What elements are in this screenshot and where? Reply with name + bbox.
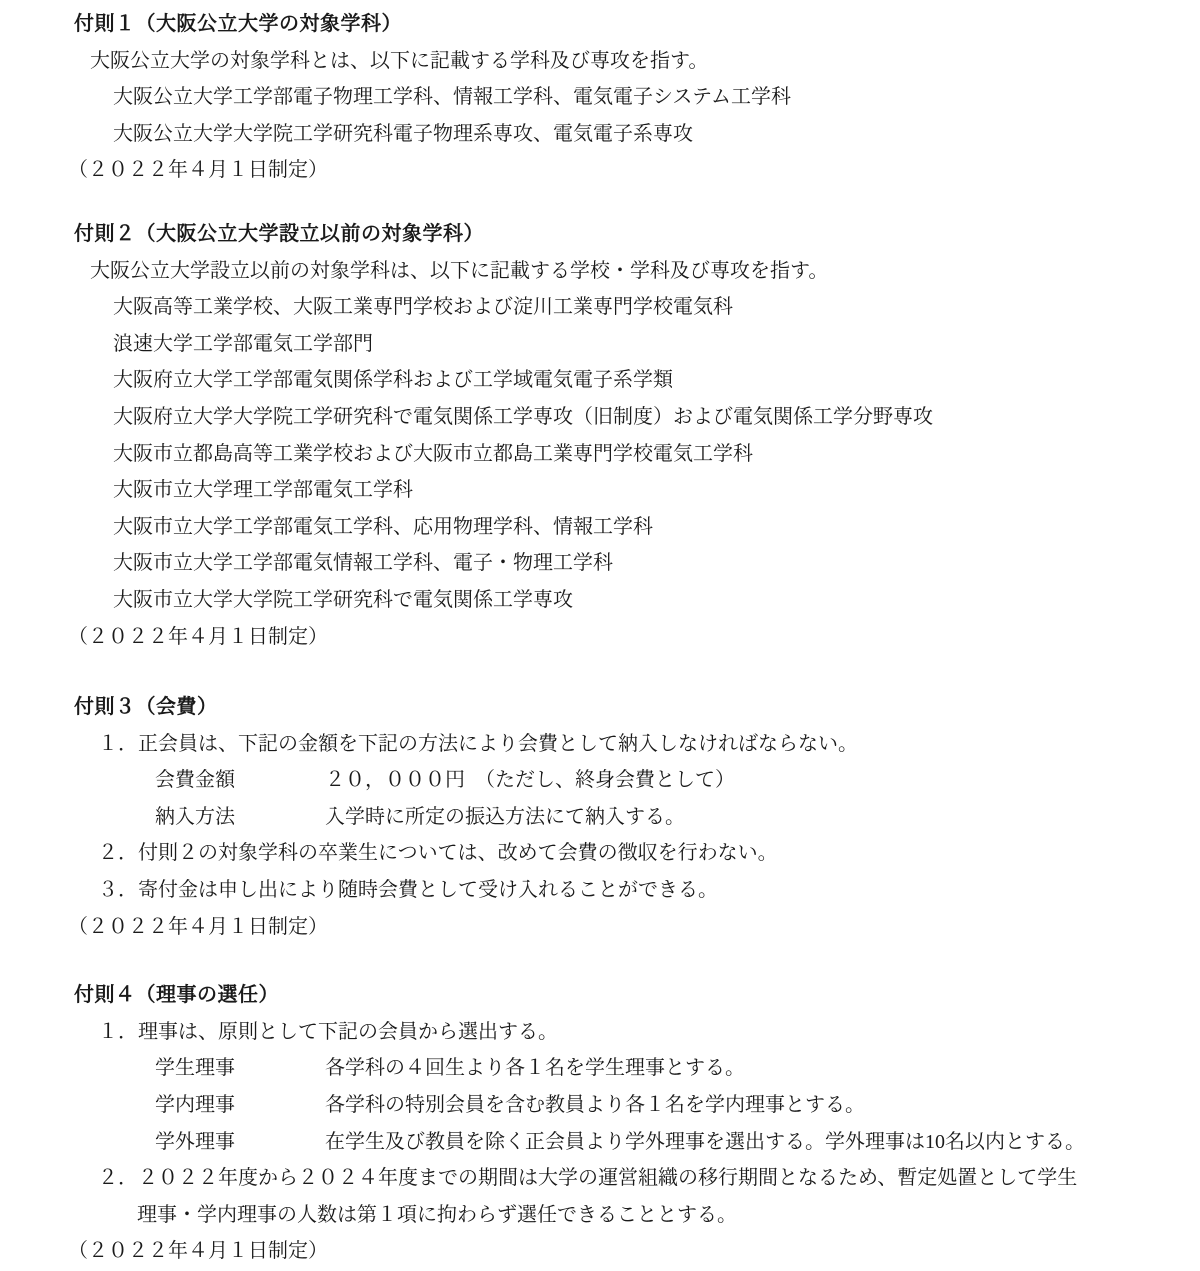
appendix-4-clause-1: １．理事は、原則として下記の会員から選出する。 xyxy=(0,1014,1200,1051)
appendix-1-department-item: 大阪公立大学工学部電子物理工学科、情報工学科、電気電子システム工学科 xyxy=(0,79,1200,116)
appendix-2-school-item: 大阪高等工業学校、大阪工業専門学校および淀川工業専門学校電気科 xyxy=(0,289,1200,326)
appendix-1-department-item: 大阪公立大学大学院工学研究科電子物理系専攻、電気電子系専攻 xyxy=(0,116,1200,153)
appendix-2-section: 付則２（大阪公立大学設立以前の対象学科） 大阪公立大学設立以前の対象学科は、以下… xyxy=(0,216,1200,655)
document-page: 付則１（大阪公立大学の対象学科） 大阪公立大学の対象学科とは、以下に記載する学科… xyxy=(0,0,1200,1271)
appendix-3-clause-2: ２．付則２の対象学科の卒業生については、改めて会費の徴収を行わない。 xyxy=(0,835,1200,872)
external-director-label: 学外理事 xyxy=(155,1124,325,1161)
student-director-row: 学生理事 各学科の４回生より各１名を学生理事とする。 xyxy=(0,1050,1200,1087)
appendix-3-enactment-date: （２０２２年４月１日制定） xyxy=(0,909,1200,946)
internal-director-row: 学内理事 各学科の特別会員を含む教員より各１名を学内理事とする。 xyxy=(0,1087,1200,1124)
appendix-2-school-item: 大阪市立都島高等工業学校および大阪市立都島工業専門学校電気工学科 xyxy=(0,436,1200,473)
appendix-2-school-item: 大阪府立大学大学院工学研究科で電気関係工学専攻（旧制度）および電気関係工学分野専… xyxy=(0,399,1200,436)
payment-method-value: 入学時に所定の振込方法にて納入する。 xyxy=(325,799,1200,836)
student-director-label: 学生理事 xyxy=(155,1050,325,1087)
appendix-2-school-item: 大阪市立大学大学院工学研究科で電気関係工学専攻 xyxy=(0,582,1200,619)
appendix-4-section: 付則４（理事の選任） １．理事は、原則として下記の会員から選出する。 学生理事 … xyxy=(0,977,1200,1270)
student-director-value: 各学科の４回生より各１名を学生理事とする。 xyxy=(325,1050,1200,1087)
fee-amount-row: 会費金額 ２０，０００円 （ただし、終身会費として） xyxy=(0,762,1200,799)
payment-method-label: 納入方法 xyxy=(155,799,325,836)
fee-amount-value: ２０，０００円 （ただし、終身会費として） xyxy=(325,762,1200,799)
appendix-1-heading: 付則１（大阪公立大学の対象学科） xyxy=(0,6,1200,43)
appendix-2-school-item: 大阪市立大学理工学部電気工学科 xyxy=(0,472,1200,509)
appendix-1-enactment-date: （２０２２年４月１日制定） xyxy=(0,152,1200,189)
internal-director-label: 学内理事 xyxy=(155,1087,325,1124)
appendix-2-school-item: 浪速大学工学部電気工学部門 xyxy=(0,326,1200,363)
appendix-4-heading: 付則４（理事の選任） xyxy=(0,977,1200,1014)
appendix-2-intro: 大阪公立大学設立以前の対象学科は、以下に記載する学校・学科及び専攻を指す。 xyxy=(0,253,1200,290)
appendix-4-enactment-date: （２０２２年４月１日制定） xyxy=(0,1233,1200,1270)
appendix-2-school-item: 大阪府立大学工学部電気関係学科および工学域電気電子系学類 xyxy=(0,362,1200,399)
appendix-2-school-item: 大阪市立大学工学部電気情報工学科、電子・物理工学科 xyxy=(0,545,1200,582)
appendix-1-section: 付則１（大阪公立大学の対象学科） 大阪公立大学の対象学科とは、以下に記載する学科… xyxy=(0,6,1200,189)
appendix-3-heading: 付則３（会費） xyxy=(0,689,1200,726)
appendix-3-clause-1: １．正会員は、下記の金額を下記の方法により会費として納入しなければならない。 xyxy=(0,726,1200,763)
appendix-2-enactment-date: （２０２２年４月１日制定） xyxy=(0,619,1200,656)
appendix-3-clause-3: ３．寄付金は申し出により随時会費として受け入れることができる。 xyxy=(0,872,1200,909)
external-director-value: 在学生及び教員を除く正会員より学外理事を選出する。学外理事は10名以内とする。 xyxy=(325,1124,1200,1161)
appendix-4-clause-2-line-1: ２．２０２２年度から２０２４年度までの期間は大学の運営組織の移行期間となるため、… xyxy=(0,1160,1200,1197)
external-director-row: 学外理事 在学生及び教員を除く正会員より学外理事を選出する。学外理事は10名以内… xyxy=(0,1124,1200,1161)
internal-director-value: 各学科の特別会員を含む教員より各１名を学内理事とする。 xyxy=(325,1087,1200,1124)
payment-method-row: 納入方法 入学時に所定の振込方法にて納入する。 xyxy=(0,799,1200,836)
appendix-3-section: 付則３（会費） １．正会員は、下記の金額を下記の方法により会費として納入しなけれ… xyxy=(0,689,1200,945)
appendix-2-heading: 付則２（大阪公立大学設立以前の対象学科） xyxy=(0,216,1200,253)
appendix-4-clause-2-line-2: 理事・学内理事の人数は第１項に拘わらず選任できることとする。 xyxy=(0,1197,1200,1234)
fee-amount-label: 会費金額 xyxy=(155,762,325,799)
appendix-2-school-item: 大阪市立大学工学部電気工学科、応用物理学科、情報工学科 xyxy=(0,509,1200,546)
appendix-1-intro: 大阪公立大学の対象学科とは、以下に記載する学科及び専攻を指す。 xyxy=(0,43,1200,80)
